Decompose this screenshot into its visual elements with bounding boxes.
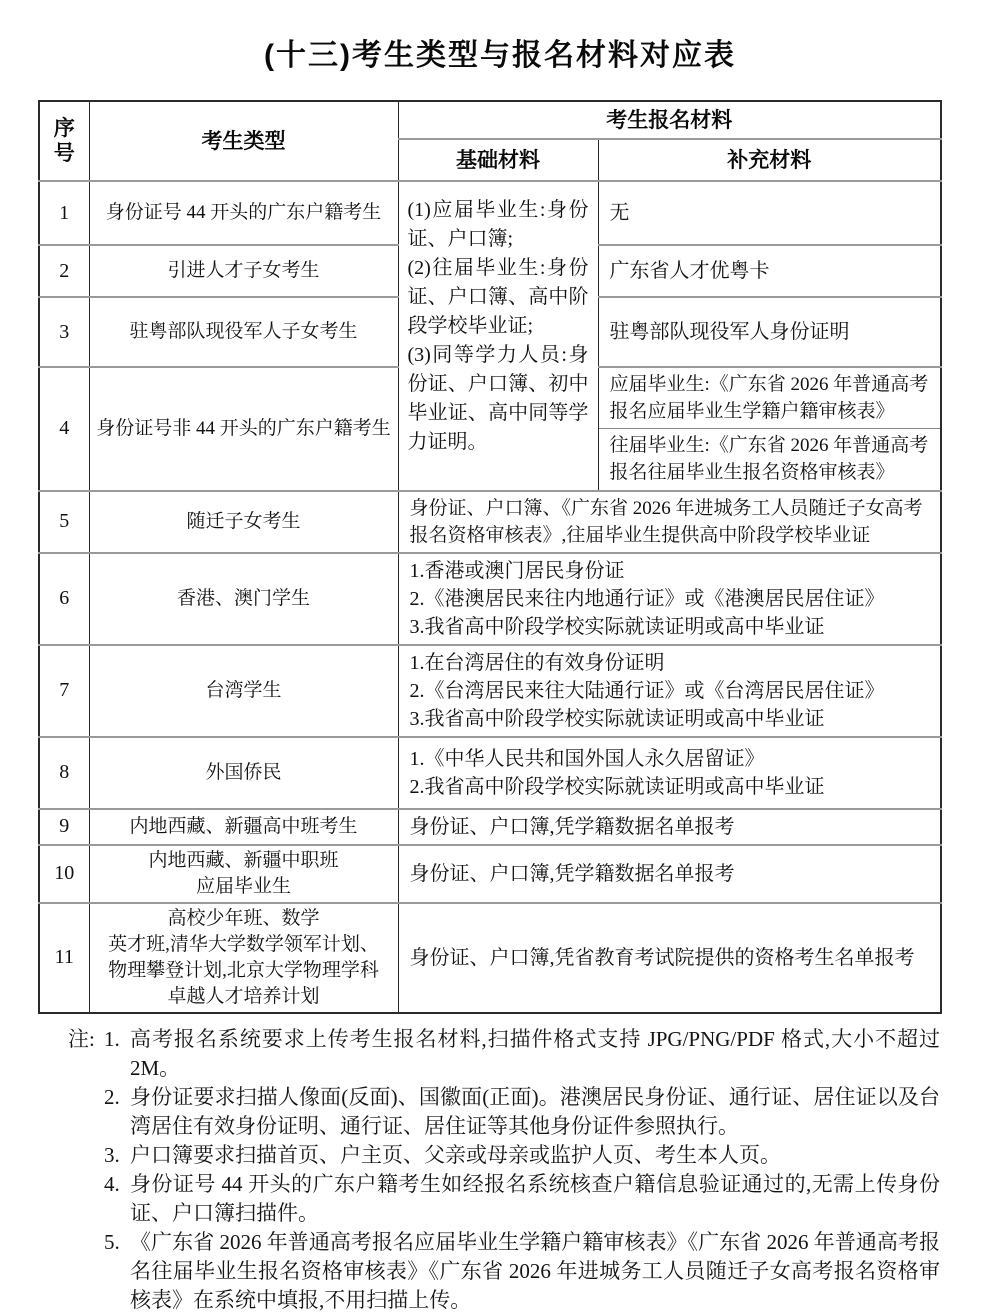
basic-materials-merged-cell: (1)应届毕业生:身份证、户口簿; (2)往届毕业生:身份证、户口簿、高中阶段学… xyxy=(398,181,598,491)
row-11-type-line-2: 英才班,清华大学数学领军计划、 xyxy=(94,932,394,958)
note-item-1: 注: 1. 高考报名系统要求上传考生报名材料,扫描件格式支持 JPG/PNG/P… xyxy=(68,1025,942,1083)
row-5-no: 5 xyxy=(39,491,89,553)
row-9-no: 9 xyxy=(39,809,89,845)
table-row-6: 6 香港、澳门学生 1.香港或澳门居民身份证 2.《港澳居民来往内地通行证》或《… xyxy=(39,553,941,645)
table-row-11: 11 高校少年班、数学 英才班,清华大学数学领军计划、 物理攀登计划,北京大学物… xyxy=(39,903,941,1013)
row-6-material-line-2: 2.《港澳居民来往内地通行证》或《港澳居民居住证》 xyxy=(410,585,932,613)
row-7-type: 台湾学生 xyxy=(89,645,398,737)
row-9-materials: 身份证、户口簿,凭学籍数据名单报考 xyxy=(398,809,941,845)
row-8-materials: 1.《中华人民共和国外国人永久居留证》 2.我省高中阶段学校实际就读证明或高中毕… xyxy=(398,737,941,809)
header-index-label: 序号 xyxy=(52,116,76,166)
row-11-type: 高校少年班、数学 英才班,清华大学数学领军计划、 物理攀登计划,北京大学物理学科… xyxy=(89,903,398,1013)
basic-item-3: (3)同等学力人员:身份证、户口簿、初中毕业证、高中同等学力证明。 xyxy=(408,341,589,457)
table-row-1: 1 身份证号 44 开头的广东户籍考生 (1)应届毕业生:身份证、户口簿; (2… xyxy=(39,181,941,245)
note-item-4: 4. 身份证号 44 开头的广东户籍考生如经报名系统核查户籍信息验证通过的,无需… xyxy=(68,1170,942,1228)
row-11-no: 11 xyxy=(39,903,89,1013)
row-11-type-line-3: 物理攀登计划,北京大学物理学科 xyxy=(94,958,394,984)
row-4-supplement-former-graduates: 往届毕业生:《广东省 2026 年普通高考报名往届毕业生报名资格审核表》 xyxy=(598,429,941,491)
note-3-text: 户口簿要求扫描首页、户主页、父亲或母亲或监护人页、考生本人页。 xyxy=(130,1141,942,1170)
row-4-type: 身份证号非 44 开头的广东户籍考生 xyxy=(89,367,398,491)
header-supplementary-materials: 补充材料 xyxy=(598,139,941,181)
row-10-materials: 身份证、户口簿,凭学籍数据名单报考 xyxy=(398,845,941,903)
row-11-type-line-1: 高校少年班、数学 xyxy=(94,906,394,932)
note-1-text: 高考报名系统要求上传考生报名材料,扫描件格式支持 JPG/PNG/PDF 格式,… xyxy=(130,1025,942,1083)
table-row-5: 5 随迁子女考生 身份证、户口簿、《广东省 2026 年进城务工人员随迁子女高考… xyxy=(39,491,941,553)
row-10-type-line-1: 内地西藏、新疆中职班 xyxy=(94,848,394,874)
row-4-supplement-current-graduates: 应届毕业生:《广东省 2026 年普通高考报名应届毕业生学籍户籍审核表》 xyxy=(598,367,941,429)
note-item-2: 2. 身份证要求扫描人像面(反面)、国徽面(正面)。港澳居民身份证、通行证、居住… xyxy=(68,1083,942,1141)
row-10-no: 10 xyxy=(39,845,89,903)
basic-item-2: (2)往届毕业生:身份证、户口簿、高中阶段学校毕业证; xyxy=(408,254,589,341)
row-8-no: 8 xyxy=(39,737,89,809)
row-1-supplement: 无 xyxy=(598,181,941,245)
note-item-5: 5. 《广东省 2026 年普通高考报名应届毕业生学籍户籍审核表》《广东省 20… xyxy=(68,1228,942,1315)
row-1-no: 1 xyxy=(39,181,89,245)
row-8-material-line-1: 1.《中华人民共和国外国人永久居留证》 xyxy=(410,745,932,773)
row-2-type: 引进人才子女考生 xyxy=(89,245,398,297)
row-10-type: 内地西藏、新疆中职班 应届毕业生 xyxy=(89,845,398,903)
row-4-no: 4 xyxy=(39,367,89,491)
note-4-text: 身份证号 44 开头的广东户籍考生如经报名系统核查户籍信息验证通过的,无需上传身… xyxy=(130,1170,942,1228)
note-4-number: 4. xyxy=(104,1170,130,1199)
row-7-materials: 1.在台湾居住的有效身份证明 2.《台湾居民来往大陆通行证》或《台湾居民居住证》… xyxy=(398,645,941,737)
header-registration-materials: 考生报名材料 xyxy=(398,101,941,139)
header-basic-materials: 基础材料 xyxy=(398,139,598,181)
row-7-material-line-2: 2.《台湾居民来往大陆通行证》或《台湾居民居住证》 xyxy=(410,677,932,705)
table-row-8: 8 外国侨民 1.《中华人民共和国外国人永久居留证》 2.我省高中阶段学校实际就… xyxy=(39,737,941,809)
note-5-number: 5. xyxy=(104,1228,130,1257)
row-3-no: 3 xyxy=(39,297,89,367)
row-1-type: 身份证号 44 开头的广东户籍考生 xyxy=(89,181,398,245)
row-9-type: 内地西藏、新疆高中班考生 xyxy=(89,809,398,845)
notes-section: 注: 1. 高考报名系统要求上传考生报名材料,扫描件格式支持 JPG/PNG/P… xyxy=(68,1025,942,1315)
row-2-no: 2 xyxy=(39,245,89,297)
header-index: 序号 xyxy=(39,101,89,181)
header-candidate-type: 考生类型 xyxy=(89,101,398,181)
row-7-no: 7 xyxy=(39,645,89,737)
table-row-10: 10 内地西藏、新疆中职班 应届毕业生 身份证、户口簿,凭学籍数据名单报考 xyxy=(39,845,941,903)
basic-item-1: (1)应届毕业生:身份证、户口簿; xyxy=(408,196,589,254)
note-2-text: 身份证要求扫描人像面(反面)、国徽面(正面)。港澳居民身份证、通行证、居住证以及… xyxy=(130,1083,942,1141)
page-title: (十三)考生类型与报名材料对应表 xyxy=(0,0,1000,74)
row-5-materials: 身份证、户口簿、《广东省 2026 年进城务工人员随迁子女高考报名资格审核表》,… xyxy=(398,491,941,553)
row-6-type: 香港、澳门学生 xyxy=(89,553,398,645)
row-3-type: 驻粤部队现役军人子女考生 xyxy=(89,297,398,367)
row-10-type-line-2: 应届毕业生 xyxy=(94,874,394,900)
candidate-materials-table: 序号 考生类型 考生报名材料 基础材料 补充材料 1 身份证号 44 开头的广东… xyxy=(38,100,942,1014)
row-8-material-line-2: 2.我省高中阶段学校实际就读证明或高中毕业证 xyxy=(410,773,932,801)
header-row-top: 序号 考生类型 考生报名材料 xyxy=(39,101,941,139)
row-6-no: 6 xyxy=(39,553,89,645)
notes-label: 注: xyxy=(68,1025,104,1054)
row-2-supplement: 广东省人才优粤卡 xyxy=(598,245,941,297)
row-6-material-line-3: 3.我省高中阶段学校实际就读证明或高中毕业证 xyxy=(410,613,932,641)
row-6-materials: 1.香港或澳门居民身份证 2.《港澳居民来往内地通行证》或《港澳居民居住证》 3… xyxy=(398,553,941,645)
row-7-material-line-3: 3.我省高中阶段学校实际就读证明或高中毕业证 xyxy=(410,705,932,733)
note-5-text: 《广东省 2026 年普通高考报名应届毕业生学籍户籍审核表》《广东省 2026 … xyxy=(130,1228,942,1315)
row-5-type: 随迁子女考生 xyxy=(89,491,398,553)
row-11-type-line-4: 卓越人才培养计划 xyxy=(94,984,394,1010)
row-6-material-line-1: 1.香港或澳门居民身份证 xyxy=(410,557,932,585)
row-3-supplement: 驻粤部队现役军人身份证明 xyxy=(598,297,941,367)
row-8-type: 外国侨民 xyxy=(89,737,398,809)
table-row-9: 9 内地西藏、新疆高中班考生 身份证、户口簿,凭学籍数据名单报考 xyxy=(39,809,941,845)
note-2-number: 2. xyxy=(104,1083,130,1112)
row-11-materials: 身份证、户口簿,凭省教育考试院提供的资格考生名单报考 xyxy=(398,903,941,1013)
note-1-number: 1. xyxy=(104,1025,130,1054)
row-7-material-line-1: 1.在台湾居住的有效身份证明 xyxy=(410,649,932,677)
note-3-number: 3. xyxy=(104,1141,130,1170)
table-row-7: 7 台湾学生 1.在台湾居住的有效身份证明 2.《台湾居民来往大陆通行证》或《台… xyxy=(39,645,941,737)
note-item-3: 3. 户口簿要求扫描首页、户主页、父亲或母亲或监护人页、考生本人页。 xyxy=(68,1141,942,1170)
document-page: (十三)考生类型与报名材料对应表 序号 考生类型 考生报名材料 基础材料 补充材… xyxy=(0,0,1000,1316)
